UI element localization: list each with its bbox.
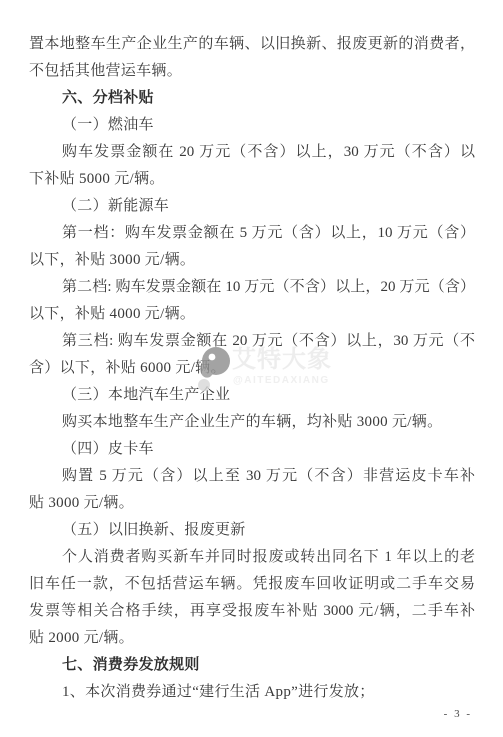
text-line: 不包括其他营运车辆。 (29, 58, 475, 85)
text-line: 个人消费者购买新车并同时报废或转出同名下 1 年以上的老 (29, 544, 475, 571)
text-line: 置本地整车生产企业生产的车辆、以旧换新、报废更新的消费者， (29, 31, 475, 58)
text-line: 发票等相关合格手续，再享受报废车补贴 3000 元/辆，二手车补 (29, 598, 475, 625)
text-line: 贴 2000 元/辆。 (29, 625, 475, 652)
text-line: 第二档: 购车发票金额在 10 万元（不含）以上，20 万元（含） (29, 274, 475, 301)
text-line: 贴 3000 元/辆。 (29, 490, 475, 517)
subsection-title: （三）本地汽车生产企业 (29, 382, 475, 409)
text-line: 购车发票金额在 20 万元（不含）以上，30 万元（不含）以 (29, 139, 475, 166)
text-line: 以下，补贴 4000 元/辆。 (29, 301, 475, 328)
text-line: 购买本地整车生产企业生产的车辆，均补贴 3000 元/辆。 (29, 409, 475, 436)
subsection-title: （二）新能源车 (29, 193, 475, 220)
text-line: 购置 5 万元（含）以上至 30 万元（不含）非营运皮卡车补 (29, 463, 475, 490)
document-body: 置本地整车生产企业生产的车辆、以旧换新、报废更新的消费者， 不包括其他营运车辆。… (29, 31, 475, 706)
text-line: 下补贴 5000 元/辆。 (29, 166, 475, 193)
section-heading: 七、消费券发放规则 (29, 652, 475, 679)
page-number: - 3 - (444, 708, 472, 720)
text-line: 旧车任一款，不包括营运车辆。凭报废车回收证明或二手车交易 (29, 571, 475, 598)
text-line: 以下，补贴 3000 元/辆。 (29, 247, 475, 274)
text-line: 含）以下，补贴 6000 元/辆。 (29, 355, 475, 382)
text-line: 1、本次消费券通过“建行生活 App”进行发放； (29, 679, 475, 706)
text-line: 第一档：购车发票金额在 5 万元（含）以上，10 万元（含） (29, 220, 475, 247)
subsection-title: （五）以旧换新、报废更新 (29, 517, 475, 544)
text-line: 第三档: 购车发票金额在 20 万元（不含）以上，30 万元（不 (29, 328, 475, 355)
subsection-title: （四）皮卡车 (29, 436, 475, 463)
subsection-title: （一）燃油车 (29, 112, 475, 139)
section-heading: 六、分档补贴 (29, 85, 475, 112)
document-page: 置本地整车生产企业生产的车辆、以旧换新、报废更新的消费者， 不包括其他营运车辆。… (0, 0, 503, 737)
